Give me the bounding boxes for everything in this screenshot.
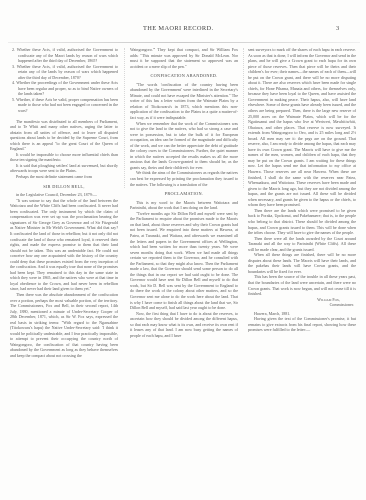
column-divider (243, 48, 245, 188)
running-head: THE MAORI RECORD. 3 (0, 25, 366, 37)
paragraph: This is my word to the Maoris between Wa… (130, 200, 238, 211)
paragraph: It would be impossible to choose more in… (10, 152, 118, 163)
column-2: Waingongoro.'" They kept that compact, a… (130, 47, 238, 338)
paragraph: This has been the source of the trouble … (248, 274, 356, 296)
numbered-question: 3. Whether these Acts, if valid, authori… (10, 64, 118, 81)
column-1: 2. Whether these Acts, if valid, authori… (10, 47, 118, 359)
paragraph: sent surveyors to mark off the shares of… (248, 47, 356, 208)
paragraph: "The words 'confiscation of the country … (130, 82, 238, 121)
section-heading: PROCLAMATION. (130, 191, 238, 197)
paragraph: "It was untrue to say that the whole of … (10, 198, 118, 292)
paragraph: When all these things are finished, ther… (248, 252, 356, 274)
numbered-question: 2. Whether these Acts, if valid, authori… (10, 47, 118, 64)
numbered-question: 5. Whether, if these Acts be valid, prop… (10, 97, 118, 114)
column-3: sent surveyors to mark off the shares of… (248, 47, 356, 333)
paragraph: Now, the first thing that I have to do i… (130, 311, 238, 339)
paragraph: Waingongoro.'" They kept that compact, a… (130, 47, 238, 69)
paragraph: Then there were all the lands awarded by… (248, 236, 356, 253)
header-rule (8, 42, 360, 43)
paragraph: Then there are the lands which were prom… (248, 208, 356, 236)
paragraph: "Twelve months ago Sir Dillon Bell and m… (130, 211, 238, 311)
section-heading: CONFISCATION ABANDONED. (130, 73, 238, 79)
section-heading: SIR DILLON BELL, (10, 184, 118, 190)
page-number: 3 (336, 25, 339, 32)
paragraph: When we remember that the work of the Co… (130, 121, 238, 171)
column-divider (124, 48, 126, 188)
paragraph: We think the aims of the Commissioners a… (130, 170, 238, 187)
paragraph: Perhaps the most definite statement came… (10, 174, 118, 180)
document-page: THE MAORI RECORD. 3 2. Whether these Act… (0, 0, 366, 500)
publication-title: THE MAORI RECORD. (143, 25, 213, 32)
paragraph: Having given the text of the Commissione… (248, 316, 356, 333)
signature-title: Commissioner. (248, 302, 356, 308)
paragraph: It is said that ploughing settlers' land… (10, 163, 118, 174)
paragraph: Then there was the absolute abandonment … (10, 292, 118, 359)
numbered-question: 4. Whether the proceedings of the Govern… (10, 80, 118, 97)
paragraph: The manifesto was distributed to all mem… (10, 119, 118, 152)
